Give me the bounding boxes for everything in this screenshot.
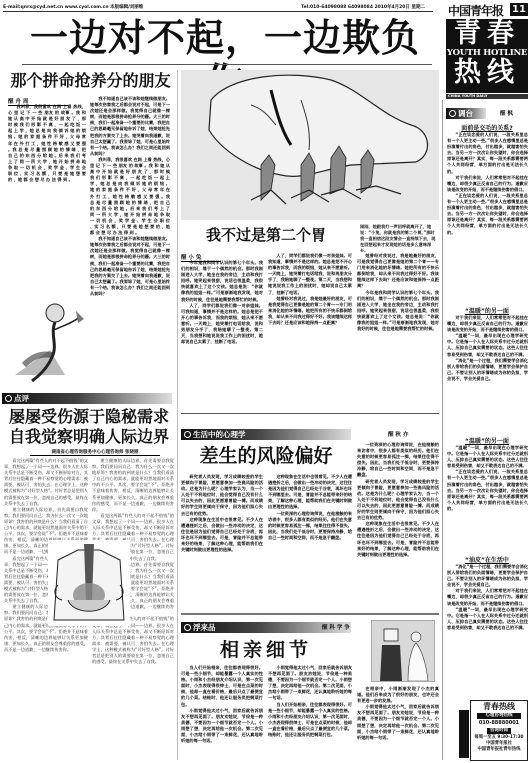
column-title-line2: 热线 bbox=[446, 58, 528, 88]
sidebar-paragraph-7: “正在谈恋爱的人们说，一段关系里总有一个人更主动一些。”很多人在感情里总是扮演着… bbox=[447, 469, 528, 512]
hotline-phone: 010-88880001 bbox=[471, 720, 527, 727]
sidebar-paragraph-9: 对于我们来说，人们常常把对不起挂在嘴边，却很少真正反省自己的行为。道歉应该是改变… bbox=[447, 588, 528, 606]
article-friend-text2c: 我不知道自己该不该和她继续做朋友。她每次伤害我之后都会说对不起，可是下一次她还是… bbox=[90, 236, 170, 297]
section-label-psychology: 生活中的心理学 bbox=[193, 430, 246, 439]
hotline-address-2: 中国青年报社青年热线 bbox=[471, 747, 527, 753]
sidebar-subhead-2: “温暖”的另一面 bbox=[446, 436, 528, 445]
article-stomach-text1: 今年是我和同学认识的第七个年头。我们的相识，缘于一个偶然的机会。那时我刚刚进入大… bbox=[181, 260, 263, 303]
article-risk-text3: 一位资深的心理咨询师说，在他接触的来访者中，很多人都有类似的经历。他们在失意的时… bbox=[357, 442, 439, 479]
article-stomach-title: 我不过是第二个胃 bbox=[181, 225, 351, 245]
main-headline: 一边对不起，一边欺负你 bbox=[20, 16, 430, 60]
article-friend-title: 那个拼命抢养分的朋友 bbox=[8, 70, 173, 92]
couple-illustration bbox=[371, 620, 435, 682]
hotline-info-box: 青春热线 心理咨询热线 010-88880001 咨询时间 每周一至五 9:30… bbox=[470, 700, 528, 761]
sidebar-paragraph-1b: “正在谈恋爱的人们说，一段关系里总有一个人更主动一些。”很多人在感情里总是扮演着… bbox=[447, 193, 528, 236]
section-bar-comment: 点评 bbox=[2, 393, 172, 404]
article-risk-text2b: 一位资深的心理咨询师说，在他接触的来访者中，很多人都有类似的经历。他们在失意的时… bbox=[268, 511, 352, 541]
article-blinddate-col2: 小雨觉得他太过小气，回家后就告诉朋友不想再见面了。朋友劝她说，节俭是一种美德，不… bbox=[268, 665, 352, 761]
article-stomach-text3: 她曾经对我说过，我是她最好的朋友，可是我觉得自己更像是她的第二个胃——专门用来消… bbox=[357, 253, 439, 290]
article-stomach-text2b: 她曾经对我说过，我是她最好的朋友，可是我觉得自己更像是她的第二个胃——专门用来消… bbox=[268, 296, 352, 326]
article-risk-text2: 这种现象在生活中也很常见。不少人在遭遇挫折之后，会做出一些冲动的决定，这往往是因… bbox=[268, 474, 352, 511]
masthead-strip: CHINA YOUTH DAILY bbox=[446, 94, 528, 99]
article-stomach-intro: 刚刚，她跟我打一声招呼就离开了，她说：“小兔，你就是我的第二个胃。”那时我一直相… bbox=[360, 224, 438, 252]
column-title-block: 青春 YOUTH HOTLINE 热线 bbox=[446, 19, 528, 93]
article-stomach-text3b: 今年是我和同学认识的第七个年头。我们的相识，缘于一个偶然的机会。那时我刚刚进入大… bbox=[357, 290, 439, 333]
article-stomach-text1b: 人了，同学们都说我们像一对亲姐妹。可我知道，事情并不是这样的。她总是把不开心的事… bbox=[181, 303, 263, 346]
article-blinddate-text1b: 小雨觉得他太过小气，回家后就告诉朋友不想再见面了。朋友劝她说，节俭是一种美德，不… bbox=[181, 708, 263, 745]
article-stomach-text2: 人了，同学们都说我们像一对亲姐妹。可我知道，事情并不是这样的。她总是把不开心的事… bbox=[268, 253, 352, 296]
article-blinddate-col3: 在相亲中，小雨渐渐发现了小杰的真诚。他们后来成为了很好的朋友，也许还会有更进一步… bbox=[357, 686, 439, 761]
masthead: 中国青年报 11 青春 YOUTH HOTLINE 热线 CHINA YOUTH… bbox=[446, 2, 528, 98]
sidebar-paragraph-10: “温暖”一词，最早出现在心理学研究中。它是指一个人在人际关系中过分迁就别人、压抑… bbox=[447, 607, 528, 631]
sidebar-subhead-3: “油皮”在生活中 bbox=[446, 555, 528, 564]
risk-top-rule bbox=[181, 413, 439, 414]
article-blinddate-text3b: 小雨觉得他太过小气，回家后就告诉朋友不想再见面了。朋友劝她说，节俭是一种美德，不… bbox=[357, 704, 439, 741]
section-bar-psychology: 生活中的心理学 bbox=[181, 429, 351, 440]
article-blinddate-title: 相亲细节 bbox=[181, 636, 351, 664]
hotline-box-title: 青春热线 bbox=[471, 701, 527, 712]
sidebar-subhead-1: “温暖”的另一面 bbox=[446, 306, 528, 315]
sidebar-text-3: “温暖”一词，最早出现在心理学研究中。它是指一个人在人际关系中过分迁就别人、压抑… bbox=[447, 445, 528, 553]
article-blinddate-text2: 小雨觉得他太过小气，回家后就告诉朋友不想再见面了。朋友劝她说，节俭是一种美德，不… bbox=[268, 665, 352, 702]
section-icon bbox=[184, 431, 191, 438]
sidebar-paragraph-3: 对于我们来说，人们常常把对不起挂在嘴边，却很少真正反省自己的行为。道歉应该是改变… bbox=[447, 315, 528, 333]
article-risk-title: 差生的风险偏好 bbox=[181, 442, 351, 470]
article-risk-col2: 这种现象在生活中也很常见。不少人在遭遇挫折之后，会做出一些冲动的决定，这往往是因… bbox=[268, 474, 352, 606]
article-comment-text2: 建立健康的人际边界，首先需要自我觉察。我们要问问自己：我为什么一次又一次地原谅？… bbox=[92, 458, 174, 513]
section-icon bbox=[5, 395, 12, 402]
section-icon bbox=[449, 110, 456, 117]
sidebar-paragraph-8: “消化”是一个过程，我们需要学会消化别人带给我们的负面情绪，更要学会保护自己。不… bbox=[447, 564, 528, 588]
newspaper-logo: 中国青年报 bbox=[448, 2, 503, 19]
sidebar-question-title: 面前是交毛的关系? bbox=[446, 123, 528, 132]
article-stomach-col1: 今年是我和同学认识的第七个年头。我们的相识，缘于一个偶然的机会。那时我刚刚进入大… bbox=[181, 260, 263, 412]
hotline-side-strip bbox=[459, 710, 469, 758]
section-label-blinddate: 浮来品 bbox=[193, 623, 216, 632]
sidebar-paragraph-1: “正在谈恋爱的人们说，一段关系里总有一个人更主动一些。”很多人在感情里总是扮演着… bbox=[447, 132, 528, 175]
hotline-label-2: 咨询时间 bbox=[487, 728, 511, 734]
section-label-comment: 点评 bbox=[14, 394, 29, 403]
article-friend-text2: 我不知道自己该不该和她继续做朋友。她每次伤害我之后都会说对不起，可是下一次她还是… bbox=[90, 96, 170, 157]
sidebar-paragraph-4: “温暖”一词，最早出现在心理学研究中。它是指一个人在人际关系中过分迁就别人、压抑… bbox=[447, 333, 528, 357]
sidebar-text-4: “消化”是一个过程，我们需要学会消化别人带给我们的负面情绪，更要学会保护自己。不… bbox=[447, 564, 528, 679]
sidebar-author: 醒 枫 bbox=[500, 109, 528, 117]
article-comment-title-2: 自我觉察明确人际边界 bbox=[4, 427, 174, 447]
article-risk-col1: 研究者人员发现，学习成绩较差的学生更倾向于冒险，更愿意参加一些高风险的活动。这是… bbox=[181, 474, 263, 606]
article-risk-text1b: 这种现象在生活中也很常见。不少人在遭遇挫折之后，会做出一些冲动的决定，这往往是因… bbox=[181, 517, 263, 554]
hotline-label-1: 心理咨询热线 bbox=[477, 713, 521, 719]
doctor-illustration bbox=[48, 540, 130, 626]
header-info-line: E-mail:qnrx@cyd.net.cn www.cyol.com.cn 本… bbox=[3, 3, 433, 12]
article-risk-text3b: 研究者人员发现，学习成绩较差的学生更倾向于冒险，更愿意参加一些高风险的活动。这是… bbox=[357, 479, 439, 522]
article-stomach-col2: 人了，同学们都说我们像一对亲姐妹。可我知道，事情并不是这样的。她总是把不开心的事… bbox=[268, 253, 352, 412]
article-comment-title-1: 屡屡受伤源于隐秘需求 bbox=[4, 407, 174, 427]
article-comment-text1: 看完这两篇“有些人的对不起不值钱”的文章，我想起了一个词——边界。很多人在人际关… bbox=[4, 458, 88, 507]
section-label-sidebar: 调台 bbox=[458, 109, 473, 118]
article-risk-col3: 一位资深的心理咨询师说，在他接触的来访者中，很多人都有类似的经历。他们在失意的时… bbox=[357, 442, 439, 606]
section-bar-sidebar: 调台 bbox=[446, 108, 486, 119]
sidebar-paragraph-5: “消化”是一个过程，我们需要学会消化别人带给我们的负面情绪，更要学会保护自己。不… bbox=[447, 358, 528, 382]
sidebar-paragraph-6: “温暖”一词，最早出现在心理学研究中。它是指一个人在人际关系中过分迁就别人、压抑… bbox=[447, 445, 528, 469]
column-title-line1: 青春 bbox=[446, 20, 528, 48]
article-blinddate-author: 醒 科 学 争 bbox=[322, 623, 362, 631]
column-divider-left bbox=[177, 70, 178, 760]
article-friend-text1: 我叫菲，我很喜欢 在网 上看 热线，心 里 记 下 一 些 朋友 的 故事 。我… bbox=[8, 104, 86, 183]
article-comment-byline: 湖南省心理咨询服务中心心理咨询师 张晓丽 bbox=[30, 449, 160, 456]
article-blinddate-text3: 在相亲中，小雨渐渐发现了小杰的真诚。他们后来成为了很好的朋友，也许还会有更进一步… bbox=[357, 686, 439, 704]
sidebar-paragraph-2: 对于我们来说，人们常常把对不起挂在嘴边，却很少真正反省自己的行为。道歉应该是改变… bbox=[447, 175, 528, 193]
article-stomach-col3: 她曾经对我说过，我是她最好的朋友，可是我觉得自己更像是她的第二个胃——专门用来消… bbox=[357, 253, 439, 412]
headline-rule bbox=[22, 64, 432, 65]
article-blinddate-text1: 当人们开始相亲，往往都表现得很好。可是一些小细节，却能暴露一个人真实的性格。小雨… bbox=[181, 665, 263, 708]
sidebar-text-1: “正在谈恋爱的人们说，一段关系里总有一个人更主动一些。”很多人在感情里总是扮演着… bbox=[447, 132, 528, 304]
header-contact-info: E-mail:qnrx@cyd.net.cn www.cyol.com.cn 本… bbox=[3, 3, 143, 12]
article-friend-col1: 我叫菲，我很喜欢 在网 上看 热线，心 里 记 下 一 些 朋友 的 故事 。我… bbox=[8, 104, 86, 274]
dancer-illustration bbox=[10, 295, 88, 383]
article-risk-author: 醒 秋 亦 bbox=[388, 430, 438, 438]
article-risk-text1: 研究者人员发现，学习成绩较差的学生更倾向于冒险，更愿意参加一些高风险的活动。这是… bbox=[181, 474, 263, 517]
page-number: 11 bbox=[510, 3, 528, 16]
article-blinddate-text2b: 当人们开始相亲，往往都表现得很好。可是一些小细节，却能暴露一个人真实的性格。小雨… bbox=[268, 702, 352, 739]
section-icon bbox=[184, 624, 191, 631]
header-date-info: Tel:010-64098088 64098084 2010年4月20日 星期二 bbox=[301, 3, 425, 12]
article-risk-text3c: 这种现象在生活中也很常见。不少人在遭遇挫折之后，会做出一些冲动的决定，这往往是因… bbox=[357, 521, 439, 558]
article-friend-text2b: 我叫菲，我很喜欢 在网 上看 热线，心 里 记 下 一 些 朋友 的 故事 。我… bbox=[90, 157, 170, 236]
blinddate-top-rule bbox=[181, 613, 439, 615]
fist-illustration bbox=[181, 70, 439, 220]
sidebar-text-2: 对于我们来说，人们常常把对不起挂在嘴边，却很少真正反省自己的行为。道歉应该是改变… bbox=[447, 315, 528, 435]
column-divider-right bbox=[442, 100, 443, 760]
article-friend-col2: 我不知道自己该不该和她继续做朋友。她每次伤害我之后都会说对不起，可是下一次她还是… bbox=[90, 96, 170, 396]
article-blinddate-col1: 当人们开始相亲，往往都表现得很好。可是一些小细节，却能暴露一个人真实的性格。小雨… bbox=[181, 665, 263, 761]
